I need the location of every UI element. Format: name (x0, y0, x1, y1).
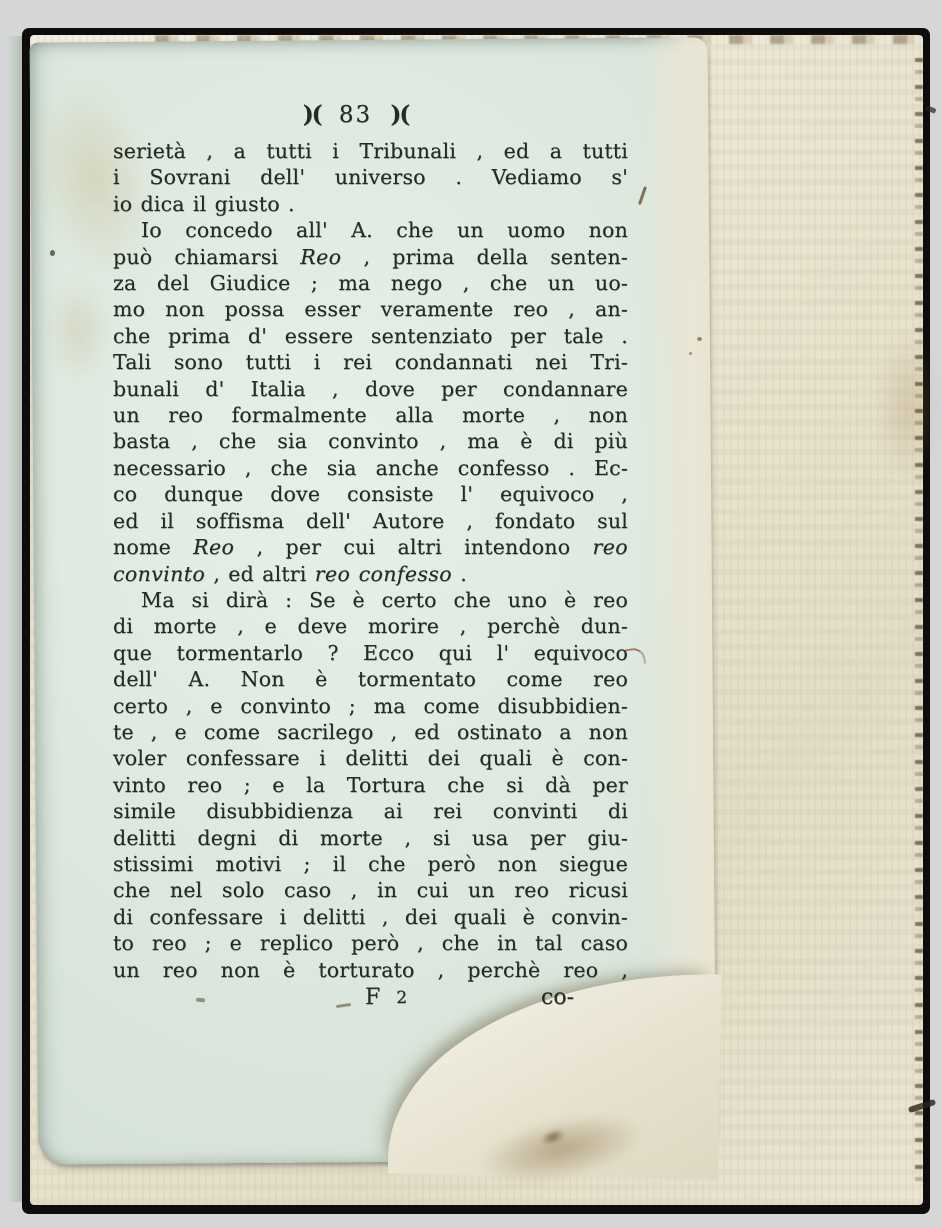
footer-line: F2 co- (113, 985, 628, 1015)
text-line: certo , e convinto ; ma come disubbidien… (113, 693, 628, 719)
text-line: vinto reo ; e la Tortura che si dà per (113, 772, 628, 798)
text-line: bunali d' Italia , dove per condannare (113, 376, 628, 402)
page-lines: serietà , a tutti i Tribunali , ed a tut… (113, 138, 628, 983)
text-line: che prima d' essere sentenziato per tale… (113, 323, 628, 349)
text-line: può chiamarsi Reo , prima della senten- (113, 244, 628, 270)
text-line: i Sovrani dell' universo . Vediamo s' (113, 164, 628, 190)
text-line: di confessare i delitti , dei quali è co… (113, 904, 628, 930)
text-line: basta , che sia convinto , ma è di più (113, 428, 628, 454)
text-line: necessario , che sia anche confesso . Ec… (113, 455, 628, 481)
fore-edge-stain (876, 333, 940, 481)
page-number: 83 (339, 102, 372, 128)
text-line: convinto , ed altri reo confesso . (113, 561, 628, 587)
header-ornament-left: )( (303, 101, 321, 128)
text-line: delitti degni di morte , si usa per giu- (113, 825, 628, 851)
text-line: ed il soffisma dell' Autore , fondato su… (113, 508, 628, 534)
text-line: un reo non è torturato , perchè reo , (113, 957, 628, 983)
text-line: di morte , e deve morire , perchè dun- (113, 613, 628, 639)
text-line: za del Giudice ; ma nego , che un uo- (113, 270, 628, 296)
text-line: un reo formalmente alla morte , non (113, 402, 628, 428)
text-line: che nel solo caso , in cui un reo ricusi (113, 877, 628, 903)
edge-mark-small (925, 105, 936, 114)
text-block: )( 83 )( serietà , a tutti i Tribunali ,… (113, 100, 628, 1015)
text-line: to reo ; e replico però , che in tal cas… (113, 930, 628, 956)
text-line: Io concedo all' A. che un uomo non (113, 217, 628, 243)
text-line: dell' A. Non è tormentato come reo (113, 666, 628, 692)
text-line: co dunque dove consiste l' equivoco , (113, 481, 628, 507)
book-scan: )( 83 )( serietà , a tutti i Tribunali ,… (0, 0, 942, 1228)
text-line: voler confessare i delitti dei quali è c… (113, 745, 628, 771)
text-line: io dica il giusto . (113, 191, 628, 217)
text-line: mo non possa esser veramente reo , an- (113, 296, 628, 322)
text-line: serietà , a tutti i Tribunali , ed a tut… (113, 138, 628, 164)
text-line: te , e come sacrilego , ed ostinato a no… (113, 719, 628, 745)
text-line: nome Reo , per cui altri intendono reo (113, 534, 628, 560)
text-line: que tormentarlo ? Ecco qui l' equivoco (113, 640, 628, 666)
catchword: co- (541, 985, 574, 1010)
text-line: stissimi motivi ; il che però non siegue (113, 851, 628, 877)
header-ornament-right: )( (390, 101, 408, 128)
text-line: Ma si dirà : Se è certo che uno è reo (113, 587, 628, 613)
signature-mark: F2 (365, 985, 407, 1010)
page-header: )( 83 )( (98, 100, 613, 138)
text-line: Tali sono tutti i rei condannati nei Tri… (113, 349, 628, 375)
text-line: simile disubbidienza ai rei convinti di (113, 798, 628, 824)
edge-mark (908, 1099, 936, 1113)
